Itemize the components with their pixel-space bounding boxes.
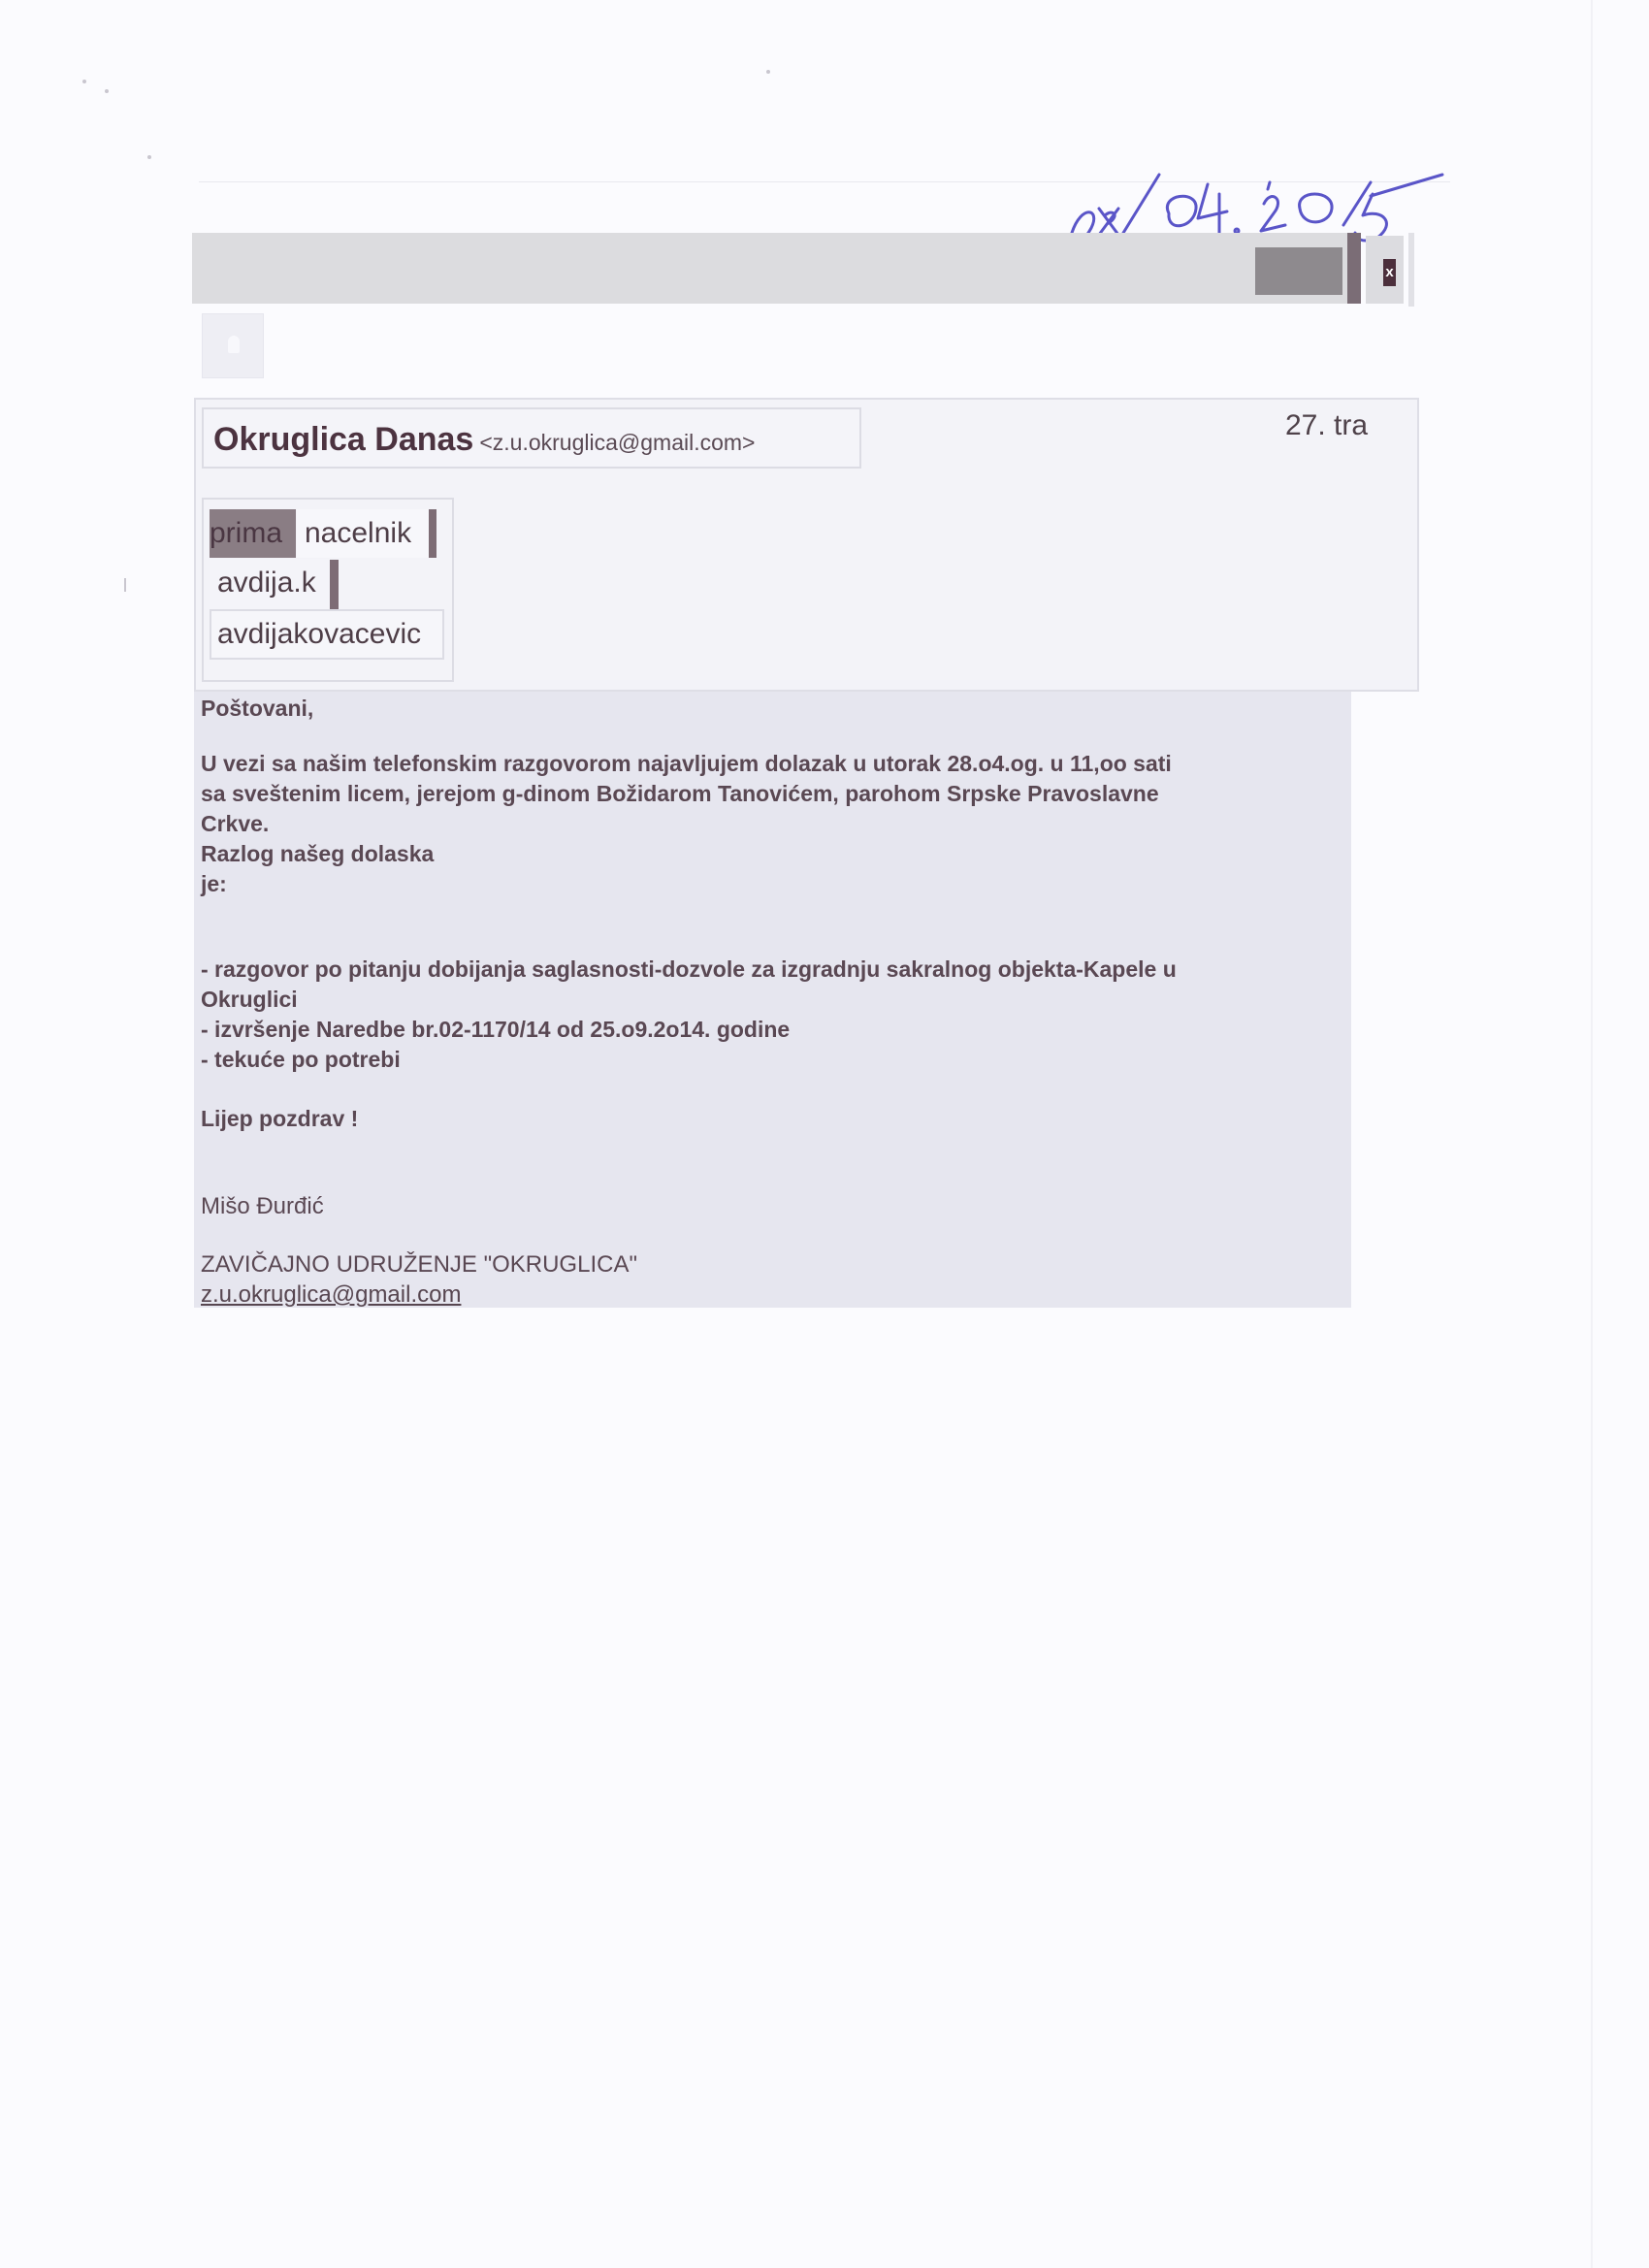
- closing: Lijep pozdrav !: [201, 1104, 1345, 1134]
- scan-speck: [147, 155, 151, 159]
- signature-organization: ZAVIČAJNO UDRUŽENJE "OKRUGLICA": [201, 1249, 1345, 1280]
- message-date: 27. tra: [1285, 409, 1368, 442]
- body-line: U vezi sa našim telefonskim razgovorom n…: [201, 749, 1345, 779]
- recipient-chip[interactable]: avdija.k: [210, 559, 330, 609]
- recipient-chip[interactable]: avdijakovacevic: [210, 609, 444, 660]
- list-item: - izvršenje Naredbe br.02-1170/14 od 25.…: [201, 1015, 1345, 1045]
- body-line: Crkve.: [201, 809, 1345, 839]
- toolbar-action-button[interactable]: [1255, 247, 1342, 295]
- message-body-text: Poštovani, U vezi sa našim telefonskim r…: [201, 692, 1345, 1310]
- sender-field: Okruglica Danas<z.u.okruglica@gmail.com>: [202, 407, 861, 469]
- recipient-separator: [330, 560, 339, 609]
- scan-speck: [766, 70, 770, 74]
- list-item: Okruglici: [201, 985, 1345, 1015]
- toolbar-edge: [1408, 233, 1414, 307]
- list-item: - tekuće po potrebi: [201, 1045, 1345, 1075]
- sender-email[interactable]: <z.u.okruglica@gmail.com>: [479, 430, 755, 455]
- recipient-chip[interactable]: nacelnik: [297, 509, 429, 558]
- avatar-icon: [202, 313, 264, 378]
- signature-email-link[interactable]: z.u.okruglica@gmail.com: [201, 1280, 1345, 1310]
- sender-name: Okruglica Danas: [213, 421, 473, 458]
- greeting: Poštovani,: [201, 694, 1345, 724]
- list-item: - razgovor po pitanju dobijanja saglasno…: [201, 955, 1345, 985]
- toolbar-divider: [1347, 233, 1361, 304]
- recipients-label: prima: [210, 509, 296, 558]
- body-line: Razlog našeg dolaska: [201, 839, 1345, 869]
- top-toolbar: [192, 233, 1350, 304]
- sender: Okruglica Danas<z.u.okruglica@gmail.com>: [213, 421, 755, 459]
- scan-speck: [82, 80, 86, 83]
- body-line: je:: [201, 869, 1345, 899]
- close-icon[interactable]: x: [1383, 259, 1396, 286]
- signature-name: Mišo Đurđić: [201, 1191, 1345, 1221]
- recipient-separator: [429, 509, 436, 558]
- body-line: sa sveštenim licem, jerejom g-dinom Boži…: [201, 779, 1345, 809]
- scan-speck: [105, 89, 109, 93]
- paper-edge: [1591, 0, 1593, 2268]
- scan-speck: [124, 578, 126, 592]
